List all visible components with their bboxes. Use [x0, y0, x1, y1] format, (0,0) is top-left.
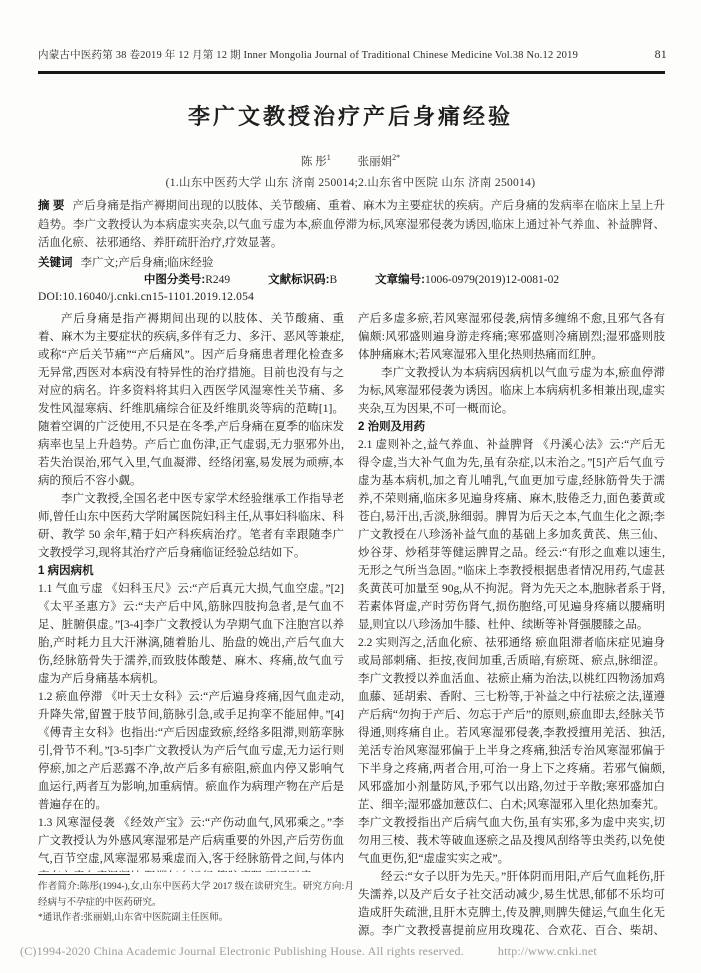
clc-value: R249	[205, 274, 230, 286]
authors-line: 陈 彤1 张丽娟2*	[0, 153, 701, 169]
author-2-superscript: 2*	[392, 153, 400, 162]
header-rule	[38, 71, 665, 74]
section-heading-2: 2 治则及用药	[358, 418, 665, 436]
body-paragraph: 2.2 实则泻之,活血化瘀、祛邪通络 瘀血阻滞者临床症见遍身或局部刺痛、拒按,夜…	[358, 634, 665, 868]
keywords-text: 李广文;产后身痛;临床经验	[81, 257, 214, 269]
paper-page: 内蒙古中医药第 38 卷2019 年 12 月第 12 期 Inner Mong…	[0, 0, 701, 973]
article-number: 文章编号:1006-0979(2019)12-0081-02	[375, 271, 559, 287]
meta-line: 中图分类号:R249 文献标识码:B 文章编号:1006-0979(2019)1…	[38, 271, 665, 287]
article-no-value: 1006-0979(2019)12-0081-02	[425, 274, 559, 286]
copyright-bar: (C)1994-2020 China Academic Journal Elec…	[20, 944, 681, 959]
body-paragraph: 1.2 瘀血停滞 《叶天士女科》云:“产后遍身疼痛,因气血走动,升降失常,留置于…	[38, 688, 344, 814]
author-1-name: 陈 彤	[301, 156, 327, 168]
author-1: 陈 彤1	[301, 156, 331, 168]
footnote-rule	[38, 874, 130, 875]
article-no-label: 文章编号:	[375, 274, 425, 286]
author-2-name: 张丽娟	[358, 156, 393, 168]
journal-header: 内蒙古中医药第 38 卷2019 年 12 月第 12 期 Inner Mong…	[38, 47, 671, 62]
body-paragraph: 1.3 风寒湿侵袭 《经效产宝》云:“产伤动血气,风邪乘之。”李广文教授认为外感…	[38, 814, 344, 872]
affiliation-line: (1.山东中医药大学 山东 济南 250014;2.山东省中医院 山东 济南 2…	[0, 174, 701, 190]
clc-number: 中图分类号:R249	[144, 271, 230, 287]
clc-label: 中图分类号:	[144, 274, 205, 286]
body-left-column: 产后身痛是指产褥期间出现的以肢体、关节酸痛、重着、麻木为主要症状的疾病,多伴有乏…	[38, 310, 344, 872]
author-1-superscript: 1	[327, 153, 331, 162]
body-paragraph: 产后多虚多瘀,若风寒湿邪侵袭,病情多缠绵不愈,且邪气各有偏颇:风邪盛则遍身游走疼…	[358, 310, 665, 364]
body-paragraph: 经云:“女子以肝为先天。”肝体阴而用阳,产后气血耗伤,肝失濡养,以及产后女子社交…	[358, 868, 665, 938]
body-paragraph: 1.1 气血亏虚 《妇科玉尺》云:“产后真元大损,气血空虚。”[2]《太平圣惠方…	[38, 580, 344, 688]
body-right-column: 产后多虚多瘀,若风寒湿邪侵袭,病情多缠绵不愈,且邪气各有偏颇:风邪盛则遍身游走疼…	[358, 310, 665, 938]
doc-code-label: 文献标识码:	[268, 274, 329, 286]
author-footnote: 作者简介:陈彤(1994-),女,山东中医药大学 2017 级在读研究生。研究方…	[38, 874, 354, 927]
section-heading-1: 1 病因病机	[38, 562, 344, 580]
author-2: 张丽娟2*	[358, 156, 401, 168]
copyright-text: (C)1994-2020 China Academic Journal Elec…	[20, 944, 464, 959]
article-title: 李广文教授治疗产后身痛经验	[0, 100, 701, 131]
copyright-url: http://www.cnki.net	[498, 944, 597, 959]
doi-line: DOI:10.16040/j.cnki.cn15-1101.2019.12.05…	[38, 291, 254, 303]
body-paragraph: 2.1 虚则补之,益气养血、补益脾肾 《丹溪心法》云:“产后无得令虚,当大补气血…	[358, 436, 665, 634]
footnote-line: *通讯作者:张丽娟,山东省中医院副主任医师。	[38, 911, 354, 927]
keywords-line: 关键词李广文;产后身痛;临床经验	[38, 254, 665, 273]
keywords-label: 关键词	[38, 257, 73, 269]
body-paragraph: 李广文教授,全国名老中医专家学术经验继承工作指导老师,曾任山东中医药大学附属医院…	[38, 490, 344, 562]
body-paragraph: 李广文教授认为本病病因病机以气血亏虚为本,瘀血停滞为标,风寒湿邪侵袭为诱因。临床…	[358, 364, 665, 418]
page-number: 81	[655, 47, 671, 62]
abstract-text: 产后身痛是指产褥期间出现的以肢体、关节酸痛、重着、麻木为主要症状的疾病。产后身痛…	[38, 200, 665, 249]
abstract-section: 摘 要产后身痛是指产褥期间出现的以肢体、关节酸痛、重着、麻木为主要症状的疾病。产…	[38, 197, 665, 272]
document-code: 文献标识码:B	[268, 271, 337, 287]
body-paragraph: 产后身痛是指产褥期间出现的以肢体、关节酸痛、重着、麻木为主要症状的疾病,多伴有乏…	[38, 310, 344, 490]
doc-code-value: B	[329, 274, 337, 286]
abstract-paragraph: 摘 要产后身痛是指产褥期间出现的以肢体、关节酸痛、重着、麻木为主要症状的疾病。产…	[38, 197, 665, 253]
abstract-label: 摘 要	[38, 200, 65, 212]
footnote-line: 作者简介:陈彤(1994-),女,山东中医药大学 2017 级在读研究生。研究方…	[38, 880, 354, 911]
journal-title-line: 内蒙古中医药第 38 卷2019 年 12 月第 12 期 Inner Mong…	[38, 47, 578, 62]
